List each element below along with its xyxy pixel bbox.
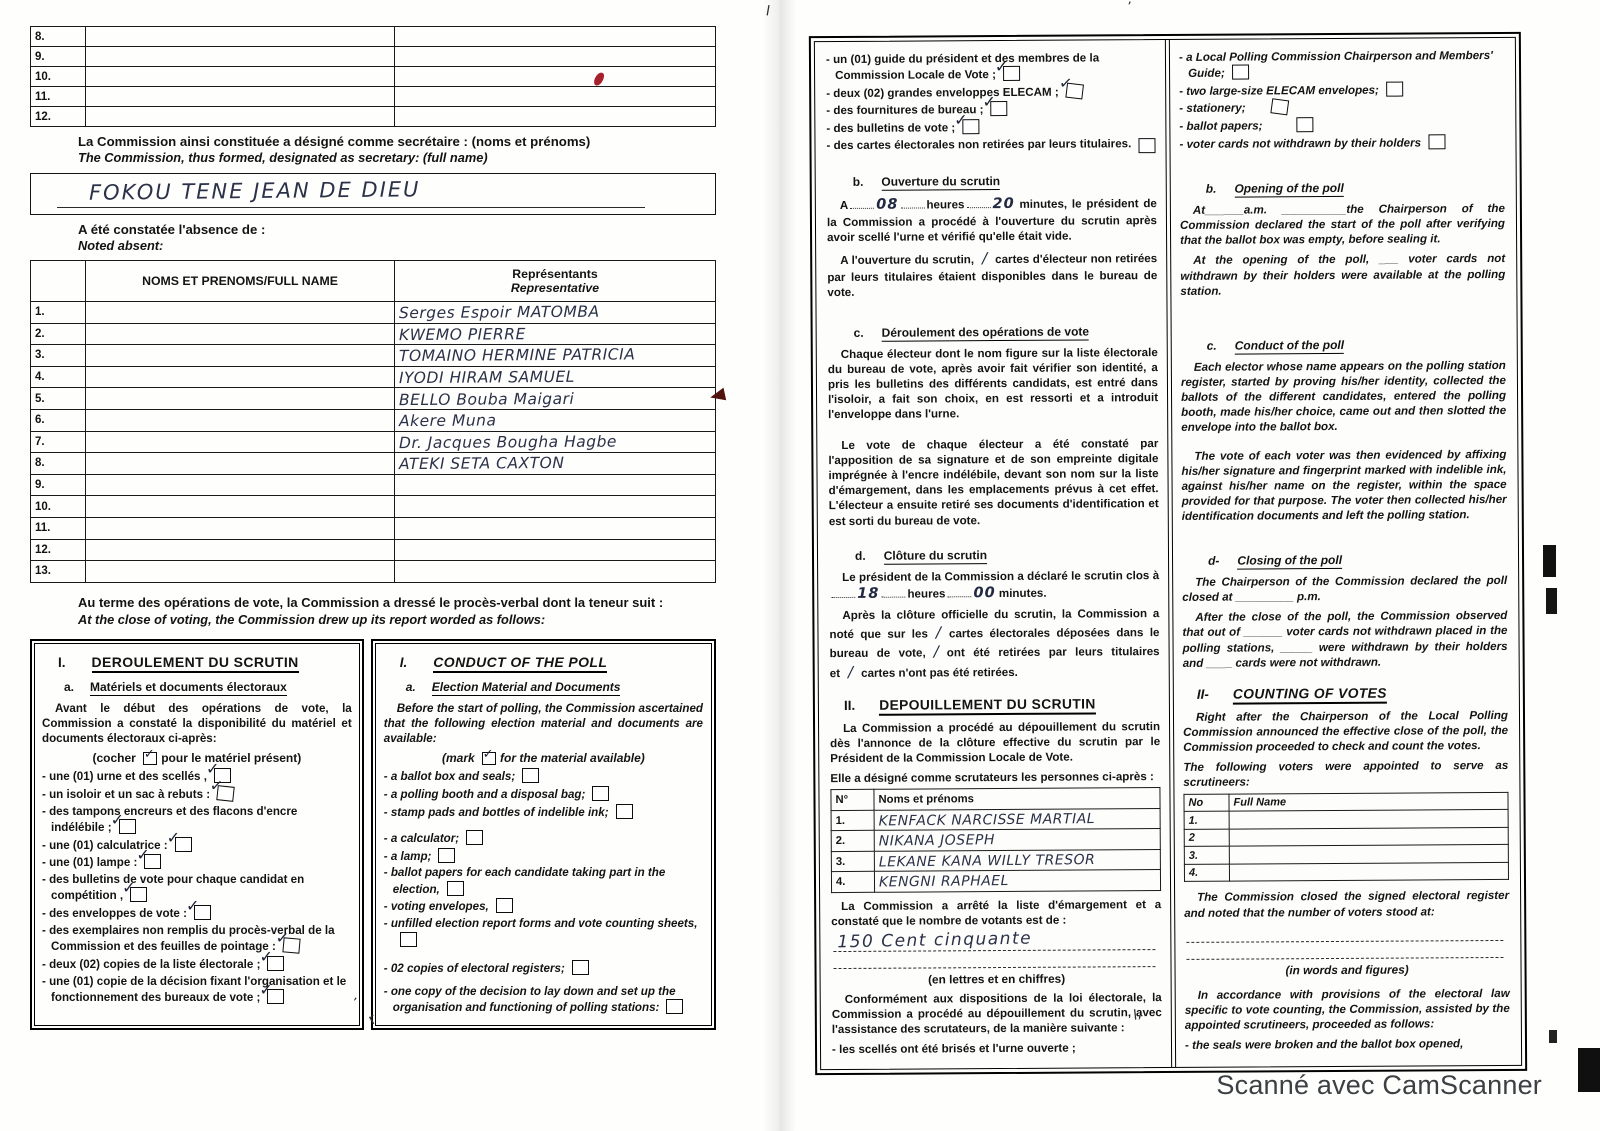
checkbox: ✓ (216, 785, 234, 802)
material-boxes: I. DEROULEMENT DU SCRUTIN a. Matériels e… (30, 639, 716, 1031)
section-number: II. (844, 698, 855, 713)
checkbox (438, 848, 455, 863)
checklist-item: - une (01) lampe :✓ (42, 854, 352, 870)
checkmark: ✓ (218, 778, 224, 794)
checkbox (1271, 99, 1290, 116)
name-cell (86, 302, 395, 324)
subsection-letter: d. (855, 548, 866, 562)
column-header-representative-en: Representative (399, 281, 711, 295)
checklist-label: - a Local Polling Commission Chairperson… (1179, 49, 1493, 80)
section-title: I. CONDUCT OF THE POLL (400, 654, 697, 673)
checkmark: ✓ (1004, 59, 1009, 75)
checkbox: ✓ (282, 938, 300, 954)
name-cell (86, 431, 395, 453)
checklist-label: - a polling booth and a disposal bag; (384, 788, 586, 801)
checkbox: ✓ (1003, 66, 1020, 81)
checklist-item: - des tampons encreurs et des flacons d'… (42, 804, 352, 836)
subsection-title: Opening of the poll (1234, 181, 1343, 198)
scanned-page-right: - un (01) guide du président et des memb… (809, 32, 1527, 1075)
subsection-heading: a. Matériels et documents électoraux (64, 680, 352, 696)
representative-handwritten: ATEKI SETA CAXTON (399, 453, 711, 473)
checkmark: ✓ (284, 931, 290, 947)
checklist-item: - unfilled election report forms and vot… (384, 916, 703, 948)
table-row: 9. (31, 474, 716, 496)
row-number: 1. (31, 302, 86, 324)
checklist-label: - une (01) copie de la décision fixant l… (42, 975, 346, 1004)
closing-paragraph-1: The Chairperson of the Commission declar… (1182, 573, 1507, 605)
table-row: 8. (31, 27, 716, 47)
subsection-heading: d- Closing of the poll (1208, 552, 1507, 570)
section-number: II- (1197, 686, 1209, 701)
scrutineer-cell: KENGNI RAPHAEL (874, 870, 1160, 892)
name-cell (86, 539, 395, 561)
checklist-label: - one copy of the decision to lay down a… (384, 985, 676, 1014)
subsection-title: Déroulement des opérations de vote (882, 324, 1089, 341)
checklist-label: - a lamp; (384, 850, 432, 863)
name-cell (86, 366, 395, 388)
after-close-paragraph: Après la clôture officielle du scrutin, … (829, 607, 1159, 683)
hours-handwritten: 08 (876, 197, 898, 213)
subsection-heading: b. Ouverture du scrutin (853, 173, 1157, 191)
mark-instruction: (mark✓ for the material available) (384, 751, 703, 765)
table-row: 7.Dr. Jacques Bougha Hagbe (31, 431, 716, 453)
checkbox: ✓ (1065, 82, 1084, 99)
conduct-paragraph-1: Chaque électeur dont le nom figure sur l… (828, 345, 1158, 422)
checkbox: ✓ (990, 101, 1007, 116)
conduct-paragraph-2: The vote of each voter was then evidence… (1181, 447, 1506, 524)
checklist-label: - deux (02) grandes enveloppes ELECAM ; (826, 85, 1059, 99)
sample-checkbox: ✓ (143, 752, 157, 765)
mark-instruction-pre: (cocher (93, 751, 136, 765)
row-number: 10. (31, 67, 86, 87)
table-row: 4.IYODI HIRAM SAMUEL (31, 366, 716, 388)
page-inner-border: - un (01) guide du président et des memb… (814, 37, 1522, 1070)
column-header-number: N° (831, 790, 874, 811)
row-number: 3. (1184, 847, 1229, 865)
text-fragment: A l'ouverture du scrutin, (840, 253, 974, 267)
checklist-label: - une (01) urne et des scellés , (42, 770, 207, 783)
slash-handwritten: / (928, 623, 949, 641)
row-number: 8. (31, 27, 86, 47)
empty-cell (395, 47, 716, 67)
blank-line (900, 198, 924, 209)
table-row: 4. (1184, 862, 1508, 881)
fullname-cell (1229, 827, 1508, 846)
checklist-item: - deux (02) copies de la liste électoral… (42, 956, 352, 972)
row-number: 8. (31, 453, 86, 475)
table-row: 10. (31, 67, 716, 87)
representative-handwritten: KWEMO PIERRE (399, 324, 711, 344)
checklist-item: - ballot papers; (1179, 116, 1504, 134)
name-cell (86, 345, 395, 367)
checklist-item: - stationery; (1179, 98, 1504, 116)
section-title-text: CONDUCT OF THE POLL (433, 654, 607, 673)
table-row: 13. (31, 561, 716, 583)
secretary-name-handwritten: FOKOU TENE JEAN DE DIEU (89, 177, 421, 204)
representative-cell (395, 496, 716, 518)
empty-cell (86, 67, 395, 87)
scan-edge-blob (1578, 1048, 1600, 1092)
table-row: 2.KWEMO PIERRE (31, 323, 716, 345)
closing-paragraph-2: After the close of the poll, the Commiss… (1182, 608, 1507, 670)
slash-handwritten: / (926, 642, 947, 660)
row-number: 4. (31, 366, 86, 388)
representative-cell: Dr. Jacques Bougha Hagbe (395, 431, 716, 453)
representative-cell: IYODI HIRAM SAMUEL (395, 366, 716, 388)
section-number: I. (58, 655, 66, 670)
checklist-item: - une (01) calculatrice :✓ (42, 837, 352, 853)
checkbox (496, 898, 513, 913)
close-of-voting-fr: Au terme des opérations de vote, la Comm… (78, 595, 716, 610)
representative-handwritten: IYODI HIRAM SAMUEL (399, 367, 711, 387)
empty-cell (86, 47, 395, 67)
name-cell (86, 517, 395, 539)
checklist-item: - des bulletins de vote ;✓ (826, 118, 1156, 136)
conformity-paragraph: Conformément aux dispositions de la loi … (832, 990, 1162, 1037)
table-row: 1.KENFACK NARCISSE MARTIAL (831, 808, 1160, 831)
row-number: 1. (1184, 812, 1229, 830)
subsection-title: Conduct of the poll (1235, 338, 1344, 355)
checklist-label: - two large-size ELECAM envelopes; (1179, 83, 1379, 97)
checkmark: ✓ (145, 847, 149, 863)
counting-paragraph-1: Right after the Chairperson of the Local… (1183, 708, 1508, 755)
checkbox (1138, 138, 1155, 153)
slash-handwritten: / (974, 249, 995, 267)
slash-handwritten: / (840, 662, 861, 680)
intro-paragraph: Avant le début des opérations de vote, l… (42, 701, 352, 746)
closing-paragraph: Le président de la Commission a déclaré … (829, 568, 1159, 604)
subsection-letter: a. (406, 680, 416, 696)
checkmark: ✓ (144, 748, 155, 761)
empty-cell (395, 87, 716, 107)
secretary-label-fr: La Commission ainsi constituée a désigné… (78, 134, 716, 149)
counting-paragraph-2: The following voters were appointed to s… (1183, 758, 1508, 790)
mark-instruction-pre: (mark (442, 751, 475, 765)
voters-count-paragraph: La Commission a arrêté la liste d'émarge… (831, 897, 1161, 929)
text-fragment: minutes. (999, 586, 1047, 599)
section-deroulement-box: I. DEROULEMENT DU SCRUTIN a. Matériels e… (34, 643, 360, 1027)
scrutineer-name-handwritten: NIKANA JOSEPH (879, 830, 1156, 849)
checklist-item: - a Local Polling Commission Chairperson… (1179, 47, 1504, 81)
name-cell (86, 388, 395, 410)
representative-cell (395, 539, 716, 561)
subsection-letter: c. (1207, 338, 1217, 352)
opening-paragraph-2: A l'ouverture du scrutin,/cartes d'élect… (827, 248, 1157, 300)
blank-line (966, 197, 990, 208)
table-row: 3.LEKANE KANA WILLY TRESOR (831, 849, 1160, 872)
representative-handwritten: Serges Espoir MATOMBA (399, 302, 711, 322)
name-cell (86, 496, 395, 518)
fullname-cell (1229, 862, 1508, 881)
checklist-item: - a polling booth and a disposal bag; (384, 786, 703, 802)
checkbox (447, 881, 464, 896)
checklist-label: - a calculator; (384, 832, 459, 845)
checklist-item: - one copy of the decision to lay down a… (384, 984, 703, 1016)
checklist-label: - des cartes électorales non retirées pa… (826, 137, 1131, 152)
hours-handwritten: 18 (857, 585, 879, 601)
letters-figures-label: (en lettres et en chiffres) (832, 971, 1162, 987)
members-continuation-table: 8. 9. 10. 11. 12. (30, 26, 716, 127)
checkbox (1232, 64, 1249, 79)
row-number: 2. (31, 323, 86, 345)
checkmark: ✓ (268, 949, 272, 965)
checklist-item: - ballot papers for each candidate takin… (384, 865, 703, 897)
section-title-text: COUNTING OF VOTES (1233, 685, 1387, 704)
section-conduct-box: I. CONDUCT OF THE POLL a. Election Mater… (375, 643, 712, 1027)
subsection-letter: d- (1208, 554, 1219, 568)
checkmark: ✓ (195, 898, 199, 914)
section-title-text: DEPOUILLEMENT DU SCRUTIN (879, 696, 1096, 715)
row-number: 9. (31, 47, 86, 67)
checklist-item: - un isoloir et un sac à rebuts :✓ (42, 786, 352, 802)
checklist-label: - des bulletins de vote ; (826, 121, 955, 135)
red-arrow-mark (709, 388, 726, 404)
name-cell (86, 453, 395, 475)
checklist-item: - voting envelopes, (384, 898, 703, 914)
row-number: 1. (831, 810, 874, 831)
subsection-title: Matériels et documents électoraux (90, 680, 287, 696)
subsection-title: Closing of the poll (1237, 553, 1342, 570)
checklist-item: - 02 copies of electoral registers; (384, 960, 703, 976)
row-number: 5. (31, 388, 86, 410)
subsection-heading: c. Conduct of the poll (1207, 337, 1506, 355)
table-header-row: No Full Name (1184, 792, 1508, 811)
absent-members-table: NOMS ET PRENOMS/FULL NAME Représentants … (30, 260, 716, 583)
checklist-item: - a lamp; (384, 848, 703, 864)
checklist-item: - une (01) urne et des scellés ,✓ (42, 768, 352, 784)
subsection-letter: b. (853, 175, 864, 189)
header-number-cell (31, 261, 86, 302)
scrutineers-table-fr: N° Noms et prénoms 1.KENFACK NARCISSE MA… (830, 787, 1161, 893)
representative-cell: ATEKI SETA CAXTON (395, 453, 716, 475)
table-row: 3.TOMAINO HERMINE PATRICIA (31, 345, 716, 367)
row-number: 2 (1184, 829, 1229, 847)
seals-item: - the seals were broken and the ballot b… (1185, 1036, 1510, 1053)
fullname-cell (1229, 845, 1508, 864)
blank-line (947, 586, 971, 597)
blank-line (850, 198, 874, 209)
table-row: 12. (31, 539, 716, 561)
checklist-item: - des enveloppes de vote :✓ (42, 905, 352, 921)
counting-paragraph-2: Elle a désigné comme scrutateurs les per… (830, 769, 1160, 786)
subsection-letter: a. (64, 680, 74, 696)
table-row: 10. (31, 496, 716, 518)
scrutineer-cell: KENFACK NARCISSE MARTIAL (874, 808, 1160, 830)
conduct-paragraph-2: Le vote de chaque électeur a été constat… (828, 436, 1159, 528)
close-of-voting-en: At the close of voting, the Commission d… (78, 612, 716, 627)
table-row: 1. (1184, 810, 1508, 829)
checklist-label: - un (01) guide du président et des memb… (826, 51, 1099, 82)
name-cell (86, 323, 395, 345)
table-row: 2 (1184, 827, 1508, 846)
table-row: 3. (1184, 845, 1508, 864)
counting-paragraph-1: La Commission a procédé au dépouillement… (830, 719, 1160, 766)
table-row: 8.ATEKI SETA CAXTON (31, 453, 716, 475)
checkbox (400, 932, 417, 947)
checkbox (616, 804, 633, 819)
page-fold-shadow (762, 0, 796, 1131)
scanned-page-left: 8. 9. 10. 11. 12. La Commission ainsi co… (30, 26, 716, 1030)
checkmark: ✓ (483, 748, 494, 761)
row-number: 11. (31, 517, 86, 539)
checklist-item: - two large-size ELECAM envelopes; (1179, 81, 1504, 99)
pen-stray-mark: ʼ (1126, 0, 1132, 15)
checklist-item: - stamp pads and bottles of indelible in… (384, 804, 703, 820)
checkbox: ✓ (962, 119, 979, 134)
section-heading: II. DEPOUILLEMENT DU SCRUTIN (844, 696, 1160, 716)
checkmark: ✓ (991, 94, 996, 110)
checklist-label: - des bulletins de vote pour chaque cand… (42, 873, 304, 902)
checklist-label: - voting envelopes, (384, 900, 489, 913)
accordance-paragraph: In accordance with provisions of the ele… (1185, 986, 1510, 1033)
opening-paragraph-2: At the opening of the poll, ___ voter ca… (1180, 251, 1505, 298)
blank-dashed-line (1186, 924, 1503, 943)
table-row: 12. (31, 107, 716, 127)
table-row: 5.BELLO Bouba Maigari (31, 388, 716, 410)
empty-cell (86, 27, 395, 47)
minutes-handwritten: 00 (973, 585, 995, 601)
checkbox (466, 830, 483, 845)
checkbox: ✓ (194, 905, 211, 920)
underline (57, 207, 645, 208)
row-number: 3. (31, 345, 86, 367)
mark-instruction: (cocher✓ pour le matériel présent) (42, 751, 352, 765)
table-header-row: NOMS ET PRENOMS/FULL NAME Représentants … (31, 261, 716, 302)
checkbox: ✓ (144, 854, 161, 869)
subsection-letter: b. (1206, 182, 1217, 196)
checklist-label: - a ballot box and seals; (384, 770, 515, 783)
checklist-label: - 02 copies of electoral registers; (384, 962, 565, 975)
checklist-label: - voter cards not withdrawn by their hol… (1179, 136, 1421, 150)
row-number: 6. (31, 409, 86, 431)
representative-cell: BELLO Bouba Maigari (395, 388, 716, 410)
representative-cell (395, 517, 716, 539)
checklist-item: - des exemplaires non remplis du procès-… (42, 923, 352, 955)
checklist-label: - stationery; (1179, 102, 1245, 115)
checklist-item: - un (01) guide du président et des memb… (826, 50, 1156, 84)
scrutineer-cell: NIKANA JOSEPH (874, 829, 1160, 851)
checklist-label: - stamp pads and bottles of indelible in… (384, 806, 609, 819)
mark-instruction-post: for the material available) (500, 751, 645, 765)
checklist-label: - ballot papers; (1179, 120, 1262, 134)
scan-edge-blob (1543, 545, 1556, 577)
section-title: I. DEROULEMENT DU SCRUTIN (58, 654, 346, 673)
scan-edge-blob (1546, 588, 1557, 614)
representative-handwritten: TOMAINO HERMINE PATRICIA (399, 345, 711, 365)
blank-line (881, 586, 905, 597)
row-number: 10. (31, 496, 86, 518)
name-cell (86, 561, 395, 583)
subsection-title: Ouverture du scrutin (881, 174, 1000, 191)
checklist-label: - unfilled election report forms and vot… (384, 917, 698, 930)
representative-handwritten: Dr. Jacques Bougha Hagbe (399, 432, 711, 452)
table-row: 9. (31, 47, 716, 67)
table-row: 6.Akere Muna (31, 409, 716, 431)
empty-cell (86, 87, 395, 107)
column-header-number: No (1184, 794, 1229, 812)
row-number: 4. (831, 872, 874, 893)
empty-cell (395, 67, 716, 87)
section-title-text: DEROULEMENT DU SCRUTIN (92, 654, 299, 673)
opening-paragraph: A08heures20 minutes, le président de la … (827, 194, 1157, 245)
column-header-names: NOMS ET PRENOMS/FULL NAME (86, 261, 395, 302)
checklist-label: - ballot papers for each candidate takin… (384, 866, 666, 895)
words-figures-label: (in words and figures) (1185, 962, 1510, 978)
checklist-label: - un isoloir et un sac à rebuts : (42, 788, 210, 801)
opening-paragraph: At______a.m. __________the Chairperson o… (1180, 201, 1505, 248)
row-number: 4. (1184, 864, 1229, 882)
section-heading: II- COUNTING OF VOTES (1197, 685, 1508, 705)
section-number: I. (400, 655, 408, 670)
checklist-label: - des enveloppes de vote : (42, 907, 187, 920)
checkbox: ✓ (130, 887, 147, 902)
representative-cell (395, 474, 716, 496)
pen-stray-mark: ׀, (1132, 1006, 1142, 1023)
text-fragment: cartes n'ont pas été retirées. (861, 665, 1018, 679)
french-column: - un (01) guide du président et des memb… (815, 40, 1172, 1069)
representative-cell (395, 561, 716, 583)
row-number: 2. (831, 831, 874, 852)
checkbox (572, 960, 589, 975)
representative-cell: Akere Muna (395, 409, 716, 431)
table-row: 4.KENGNI RAPHAEL (831, 870, 1160, 893)
voters-count-line: 150 Cent cinquante (833, 929, 1155, 952)
checkbox (1386, 81, 1403, 96)
scrutineer-cell: LEKANE KANA WILLY TRESOR (874, 849, 1160, 871)
subsection-heading: a. Election Material and Documents (406, 680, 703, 696)
name-cell (86, 474, 395, 496)
subsection-title: Election Material and Documents (432, 680, 621, 696)
representative-cell: KWEMO PIERRE (395, 323, 716, 345)
intro-paragraph: Before the start of polling, the Commiss… (384, 701, 703, 746)
blank-dashed-line (1186, 945, 1503, 960)
table-row: 1.Serges Espoir MATOMBA (31, 302, 716, 324)
scrutineer-name-handwritten: KENFACK NARCISSE MARTIAL (879, 810, 1156, 829)
blank-dashed-line (833, 954, 1155, 969)
seals-item: - les scellés ont été brisés et l'urne o… (832, 1040, 1162, 1057)
sample-checkbox: ✓ (482, 752, 496, 765)
secretary-name-box: FOKOU TENE JEAN DE DIEU (30, 173, 716, 215)
fullname-cell (1229, 810, 1508, 829)
checkmark: ✓ (120, 812, 124, 828)
absent-label-fr: A été constatée l'absence de : (78, 222, 716, 237)
checklist-item: - des cartes électorales non retirées pa… (826, 136, 1156, 153)
row-number: 7. (31, 431, 86, 453)
table-row: 2.NIKANA JOSEPH (831, 829, 1160, 852)
table-header-row: N° Noms et prénoms (831, 788, 1160, 811)
row-number: 9. (31, 474, 86, 496)
mark-instruction-post: pour le matériel présent) (161, 751, 301, 765)
row-number: 3. (831, 851, 874, 872)
checklist-item: - a calculator; (384, 830, 703, 846)
absent-label-en: Noted absent: (78, 238, 716, 253)
checkbox: ✓ (267, 989, 284, 1004)
checklist-label: - deux (02) copies de la liste électoral… (42, 958, 260, 971)
checklist-item: - a ballot box and seals; (384, 768, 703, 784)
checkbox (592, 786, 609, 801)
empty-cell (395, 27, 716, 47)
camscanner-watermark: Scanné avec CamScanner (1216, 1070, 1542, 1101)
row-number: 12. (31, 539, 86, 561)
page-outer-border: - un (01) guide du président et des memb… (809, 32, 1527, 1075)
checkmark: ✓ (131, 880, 135, 896)
subsection-heading: d. Clôture du scrutin (855, 547, 1159, 565)
blank-line (831, 587, 855, 598)
representative-handwritten: BELLO Bouba Maigari (399, 389, 711, 409)
register-closed-paragraph: The Commission closed the signed elector… (1184, 888, 1509, 920)
checklist-label: - une (01) lampe : (42, 856, 137, 869)
text-fragment: heures (926, 199, 964, 212)
